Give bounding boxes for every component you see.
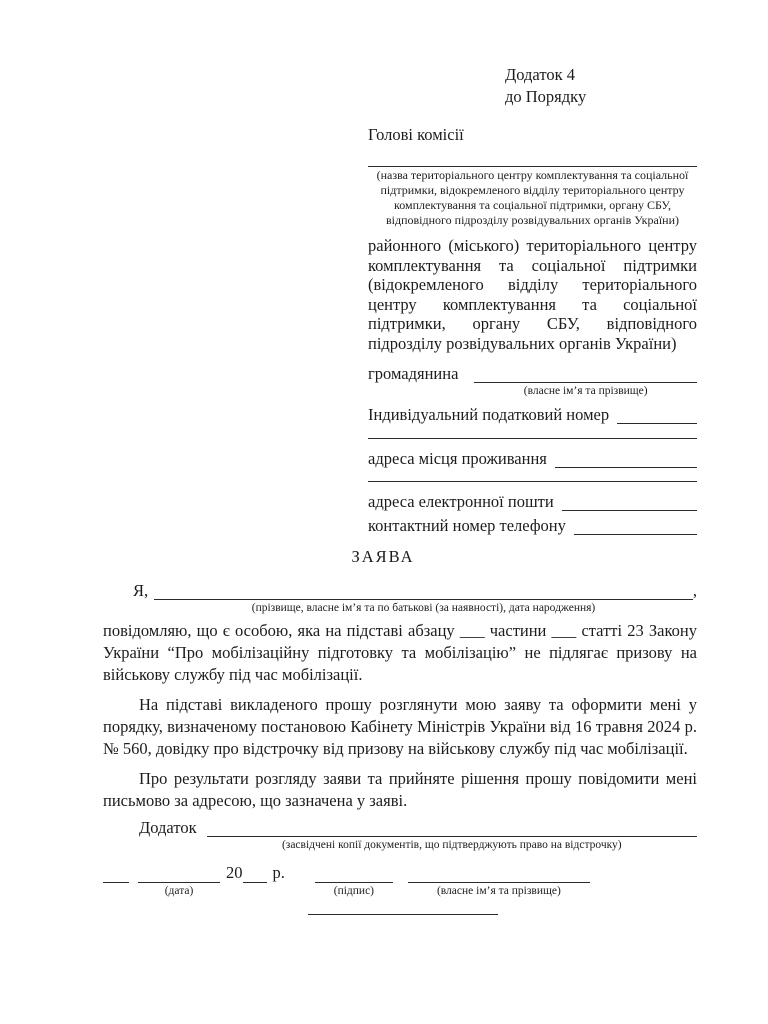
email-field: адреса електронної пошти — [368, 491, 697, 512]
addressee-block: Голові комісії (назва територіального це… — [368, 124, 697, 536]
date-signature-row: 20 р. (дата) (підпис) (власне ім’я та пр… — [103, 862, 697, 898]
org-description: районного (міського) територіального цен… — [368, 236, 697, 353]
address-blank-line — [555, 448, 697, 468]
email-label: адреса електронної пошти — [368, 491, 554, 512]
statement-title: ЗАЯВА — [103, 546, 663, 568]
citizen-label: громадянина — [368, 363, 458, 398]
date-blanks: 20 р. — [103, 862, 285, 883]
signature-blank — [315, 862, 393, 883]
signature-field: (підпис) — [315, 862, 393, 898]
citizen-blank: (власне ім’я та прізвище) — [474, 363, 697, 398]
trailing-comma: , — [693, 580, 697, 615]
attachment-label: Додаток — [139, 817, 197, 852]
year-prefix: 20 — [226, 863, 243, 883]
date-hint: (дата) — [138, 884, 220, 898]
applicant-name-field: Я, (прізвище, власне ім’я та по батькові… — [103, 580, 697, 615]
address-field: адреса місця проживання — [368, 448, 697, 469]
date-month-blank-line — [138, 864, 220, 883]
appendix-reference: Додаток 4 до Порядку — [505, 64, 697, 108]
address-blank-line-2 — [368, 481, 697, 482]
tax-number-blank-line — [617, 404, 697, 424]
org-name-field: (назва територіального центру комплектув… — [368, 166, 697, 228]
applicant-name-blank-line — [154, 580, 693, 600]
fullname-hint: (власне ім’я та прізвище) — [408, 884, 590, 898]
bottom-blank-line — [308, 914, 498, 915]
tax-number-field: Індивідуальний податковий номер — [368, 404, 697, 425]
year-suffix: р. — [273, 863, 285, 883]
statement-body: Я, (прізвище, власне ім’я та по батькові… — [103, 580, 697, 915]
document-page: Додаток 4 до Порядку Голові комісії (наз… — [0, 0, 768, 1024]
year-blank-line — [243, 864, 267, 883]
attachment-blank-line — [207, 817, 697, 837]
applicant-name-blank: (прізвище, власне ім’я та по батькові (з… — [154, 580, 693, 615]
date-day-blank-line — [103, 864, 129, 883]
paragraph-basis: повідомляю, що є особою, яка на підставі… — [103, 620, 697, 686]
appendix-line2: до Порядку — [505, 86, 697, 108]
addressee-to: Голові комісії — [368, 124, 697, 146]
applicant-i-label: Я, — [133, 580, 148, 615]
phone-label: контактний номер телефону — [368, 515, 566, 536]
attachment-blank: (засвідчені копії документів, що підтвер… — [207, 817, 697, 852]
org-name-hint: (назва територіального центру комплектув… — [368, 167, 697, 228]
fullname-blank — [408, 862, 590, 883]
tax-number-blank-line-2 — [368, 438, 697, 439]
date-field: 20 р. (дата) — [103, 862, 285, 898]
phone-blank-line — [574, 515, 697, 535]
fullname-blank-line — [408, 864, 590, 883]
citizen-blank-line — [474, 363, 697, 383]
email-blank-line — [562, 491, 697, 511]
fullname-field: (власне ім’я та прізвище) — [408, 862, 590, 898]
citizen-field: громадянина (власне ім’я та прізвище) — [368, 363, 697, 398]
signature-hint: (підпис) — [315, 884, 393, 898]
paragraph-request: На підставі викладеного прошу розглянути… — [103, 694, 697, 760]
applicant-name-hint: (прізвище, власне ім’я та по батькові (з… — [154, 601, 693, 615]
address-label: адреса місця проживання — [368, 448, 547, 469]
signature-blank-line — [315, 864, 393, 883]
attachment-hint: (засвідчені копії документів, що підтвер… — [207, 838, 697, 852]
paragraph-notify: Про результати розгляду заяви та прийнят… — [103, 768, 697, 812]
appendix-line1: Додаток 4 — [505, 64, 697, 86]
citizen-hint: (власне ім’я та прізвище) — [474, 384, 697, 398]
attachment-field: Додаток (засвідчені копії документів, що… — [103, 817, 697, 852]
phone-field: контактний номер телефону — [368, 515, 697, 536]
tax-number-label: Індивідуальний податковий номер — [368, 404, 609, 425]
